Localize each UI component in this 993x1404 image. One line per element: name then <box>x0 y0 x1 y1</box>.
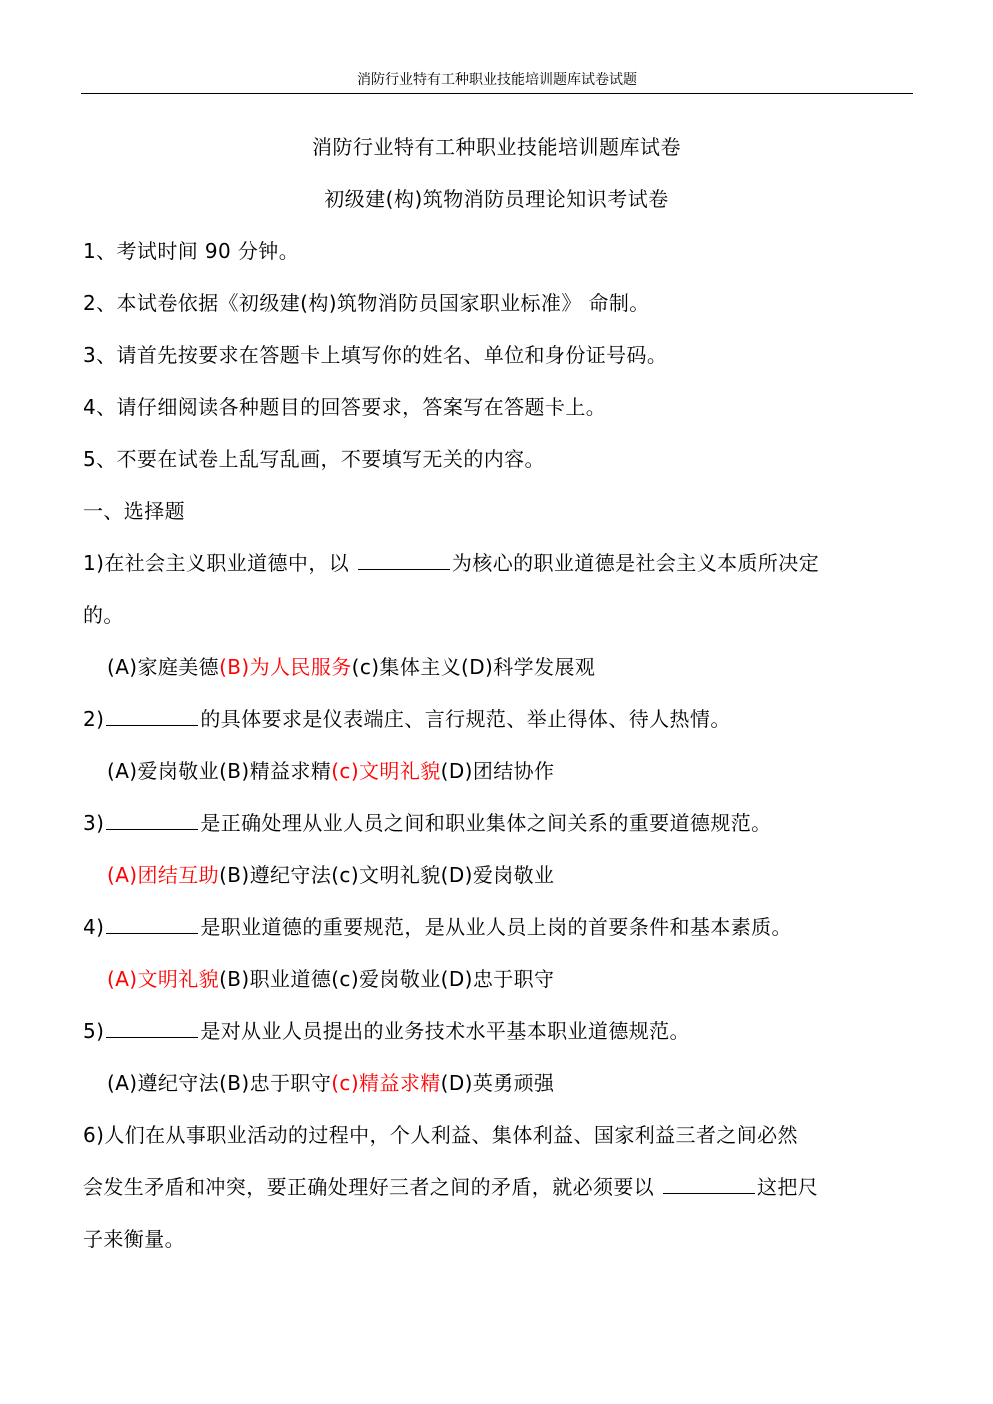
option-d: (D)科学发展观 <box>461 655 595 679</box>
answer-blank <box>106 705 198 726</box>
option-d: (D)爱岗敬业 <box>441 863 555 887</box>
question-text-after-blank: 为核心的职业道德是社会主义本质所决定 <box>452 551 819 575</box>
option-a: (A)爱岗敬业 <box>107 759 219 783</box>
question-text-after-blank: 是正确处理从业人员之间和职业集体之间关系的重要道德规范。 <box>200 811 771 835</box>
option-c-correct: (c)文明礼貌 <box>331 759 440 783</box>
option-c: (c)文明礼貌 <box>331 863 440 887</box>
question-number: 6) <box>83 1123 104 1147</box>
question-4: 4)是职业道德的重要规范，是从业人员上岗的首要条件和基本素质。 <box>83 913 792 941</box>
answer-blank <box>663 1173 755 1194</box>
exam-subtitle: 初级建(构)筑物消防员理论知识考试卷 <box>0 185 993 213</box>
question-1: 1)在社会主义职业道德中，以 为核心的职业道德是社会主义本质所决定 <box>83 549 819 577</box>
question-1-continuation: 的。 <box>83 601 124 629</box>
option-a: (A)遵纪守法 <box>107 1071 219 1095</box>
option-c: (c)集体主义 <box>352 655 461 679</box>
answer-blank <box>106 809 198 830</box>
question-number: 1) <box>83 551 104 575</box>
option-d: (D)团结协作 <box>441 759 555 783</box>
question-text-before-blank: 会发生矛盾和冲突，要正确处理好三者之间的矛盾，就必须要以 <box>83 1175 661 1199</box>
option-a: (A)家庭美德 <box>107 655 219 679</box>
option-b: (B)精益求精 <box>219 759 331 783</box>
question-text-line-1: 人们在从事职业活动的过程中，个人利益、集体利益、国家利益三者之间必然 <box>104 1123 798 1147</box>
running-title: 消防行业特有工种职业技能培训题库试卷试题 <box>357 72 637 88</box>
question-3: 3)是正确处理从业人员之间和职业集体之间关系的重要道德规范。 <box>83 809 772 837</box>
answer-blank <box>358 549 450 570</box>
question-5: 5)是对从业人员提出的业务技术水平基本职业道德规范。 <box>83 1017 690 1045</box>
option-a-correct: (A)团结互助 <box>107 863 219 887</box>
option-b: (B)遵纪守法 <box>219 863 331 887</box>
question-text-after-blank: 这把尺 <box>757 1175 818 1199</box>
question-text-after-blank: 的具体要求是仪表端庄、言行规范、举止得体、待人热情。 <box>200 707 730 731</box>
question-3-options: (A)团结互助(B)遵纪守法(c)文明礼貌(D)爱岗敬业 <box>107 861 554 889</box>
exam-title: 消防行业特有工种职业技能培训题库试卷 <box>0 133 993 161</box>
option-c: (c)爱岗敬业 <box>331 967 440 991</box>
question-6-line-3: 子来衡量。 <box>83 1225 185 1253</box>
section-heading: 一、选择题 <box>83 497 185 525</box>
question-number: 2) <box>83 707 104 731</box>
instruction-1: 1、考试时间 90 分钟。 <box>83 237 299 265</box>
question-number: 4) <box>83 915 104 939</box>
question-text-after-blank: 是对从业人员提出的业务技术水平基本职业道德规范。 <box>200 1019 690 1043</box>
answer-blank <box>106 1017 198 1038</box>
question-text-before-blank: 在社会主义职业道德中，以 <box>104 551 356 575</box>
question-6-line-2: 会发生矛盾和冲突，要正确处理好三者之间的矛盾，就必须要以 这把尺 <box>83 1173 818 1201</box>
option-d: (D)英勇顽强 <box>441 1071 555 1095</box>
question-4-options: (A)文明礼貌(B)职业道德(c)爱岗敬业(D)忠于职守 <box>107 965 554 993</box>
option-a-correct: (A)文明礼貌 <box>107 967 219 991</box>
option-d: (D)忠于职守 <box>441 967 555 991</box>
question-number: 3) <box>83 811 104 835</box>
option-b: (B)职业道德 <box>219 967 331 991</box>
instruction-4: 4、请仔细阅读各种题目的回答要求，答案写在答题卡上。 <box>83 393 606 421</box>
instruction-5: 5、不要在试卷上乱写乱画，不要填写无关的内容。 <box>83 445 545 473</box>
option-c-correct: (c)精益求精 <box>331 1071 440 1095</box>
question-text-after-blank: 是职业道德的重要规范，是从业人员上岗的首要条件和基本素质。 <box>200 915 792 939</box>
question-2-options: (A)爱岗敬业(B)精益求精(c)文明礼貌(D)团结协作 <box>107 757 554 785</box>
instruction-2: 2、本试卷依据《初级建(构)筑物消防员国家职业标准》 命制。 <box>83 289 650 317</box>
question-5-options: (A)遵纪守法(B)忠于职守(c)精益求精(D)英勇顽强 <box>107 1069 554 1097</box>
answer-blank <box>106 913 198 934</box>
question-1-options: (A)家庭美德(B)为人民服务(c)集体主义(D)科学发展观 <box>107 653 595 681</box>
question-2: 2)的具体要求是仪表端庄、言行规范、举止得体、待人热情。 <box>83 705 731 733</box>
question-number: 5) <box>83 1019 104 1043</box>
question-6: 6)人们在从事职业活动的过程中，个人利益、集体利益、国家利益三者之间必然 <box>83 1121 798 1149</box>
option-b-correct: (B)为人民服务 <box>219 655 352 679</box>
option-b: (B)忠于职守 <box>219 1071 331 1095</box>
page-header: 消防行业特有工种职业技能培训题库试卷试题 <box>81 70 913 94</box>
instruction-3: 3、请首先按要求在答题卡上填写你的姓名、单位和身份证号码。 <box>83 341 667 369</box>
